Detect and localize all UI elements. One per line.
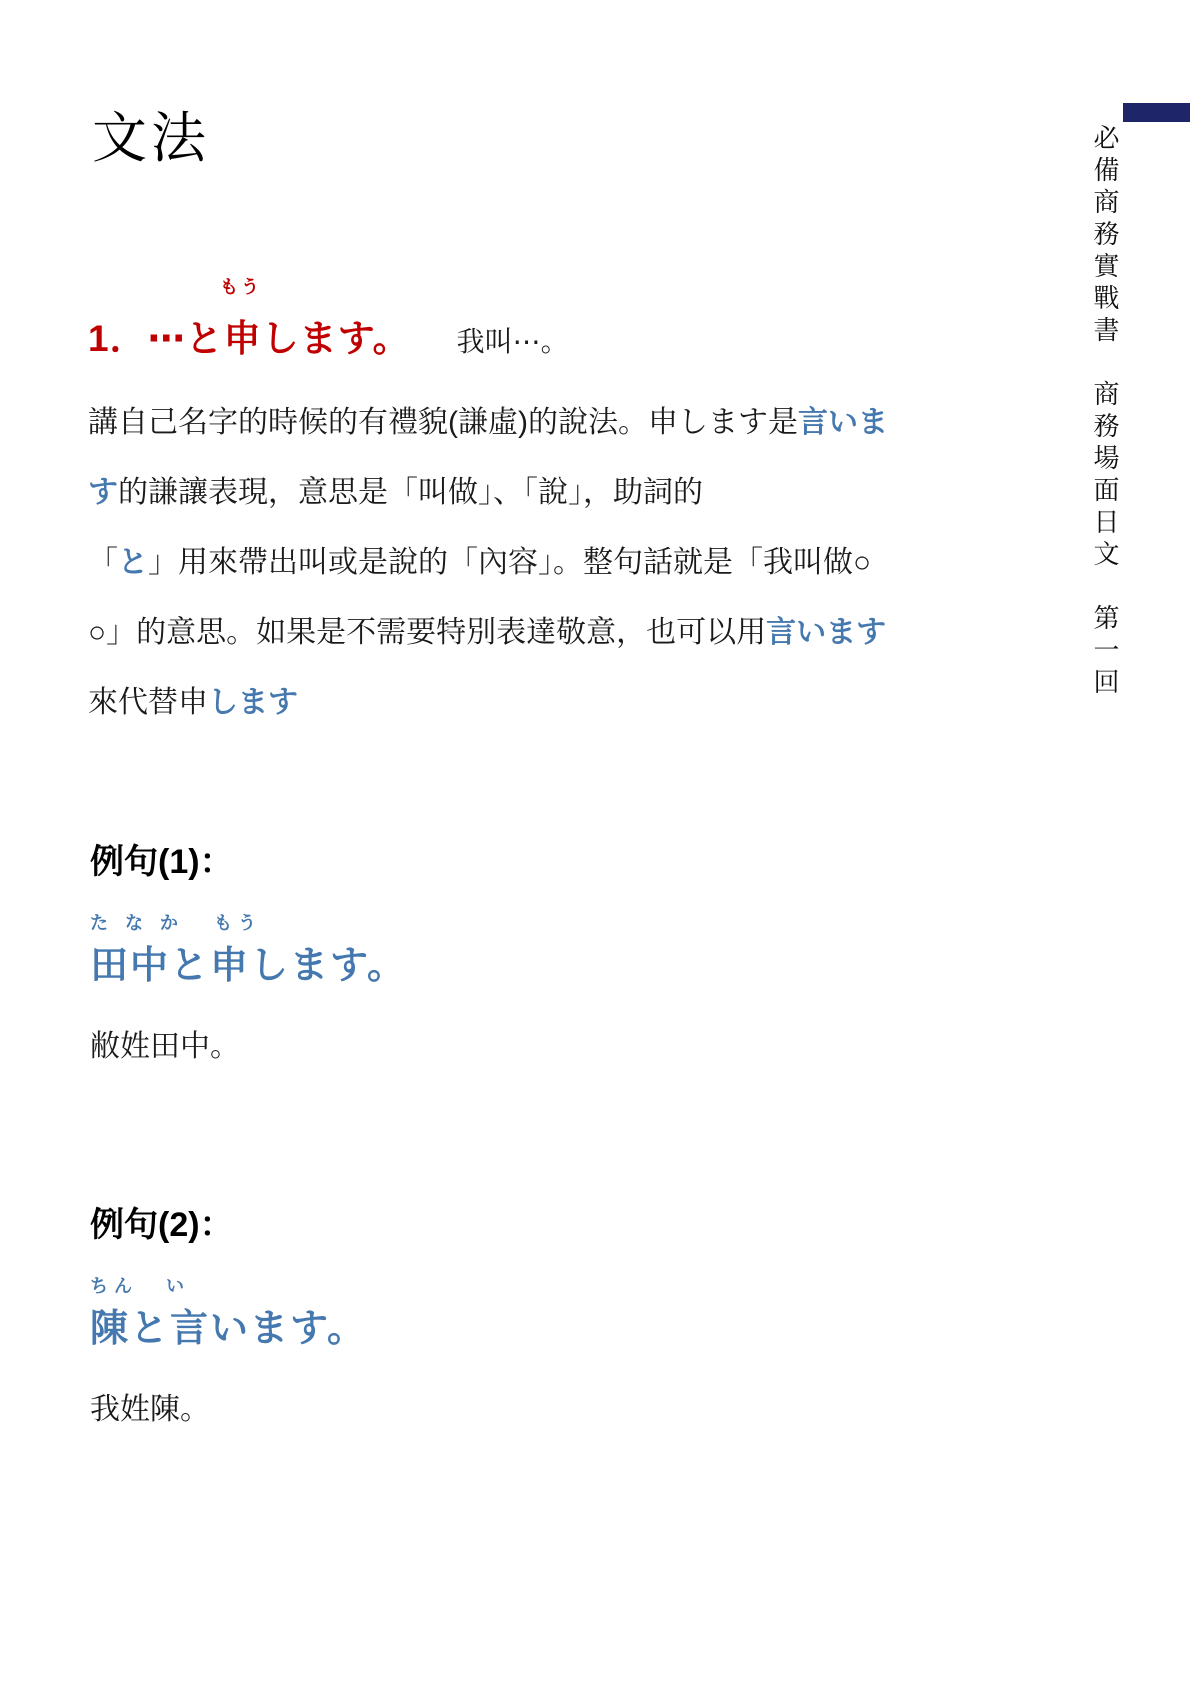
furigana-segment: ちん xyxy=(90,1276,138,1296)
body-text: ○」的意思。如果是不需要特別表達敬意，也可以用 xyxy=(88,616,766,649)
highlight-text: と xyxy=(118,546,148,579)
example-sentence-japanese: 田中と申します。 xyxy=(90,940,407,992)
body-text: 「 xyxy=(88,546,118,579)
paragraph-line-2: す的謙讓表現，意思是「叫做」、「說」，助詞的 xyxy=(88,458,888,528)
furigana-segment: もう xyxy=(214,913,262,933)
body-text: 來代替申 xyxy=(88,686,208,719)
textbook-page: 必備商務實戰書 商務場面日文 第一回 文法 もう 1．⋯と申します。 我叫⋯。 … xyxy=(0,0,1190,1683)
body-text: 」用來帶出叫或是說的「內容」。整句話就是「我叫做○ xyxy=(148,546,871,579)
highlight-text: します xyxy=(208,686,298,719)
example-translation-chinese: 敝姓田中。 xyxy=(90,1026,407,1068)
highlight-text: 言いま xyxy=(798,406,888,439)
corner-accent-bar xyxy=(1123,103,1190,122)
example-label: 例句(1)： xyxy=(90,840,407,884)
highlight-text: 言います xyxy=(766,616,886,649)
example-translation-chinese: 我姓陳。 xyxy=(90,1389,367,1431)
sidebar-vertical-caption: 必備商務實戰書 商務場面日文 第一回 xyxy=(1086,124,1123,724)
body-text: 的謙讓表現，意思是「叫做」、「說」，助詞的 xyxy=(118,476,703,509)
example-furigana: ちんい xyxy=(90,1275,367,1297)
example-label: 例句(2)： xyxy=(90,1203,367,1247)
paragraph-line-5: 來代替申します xyxy=(88,668,888,738)
heading-furigana: もう xyxy=(88,276,569,298)
example-sentence-japanese: 陳と言います。 xyxy=(90,1303,367,1355)
body-text: 講自己名字的時候的有禮貌(謙虛)的說法。申します是 xyxy=(88,406,798,439)
highlight-text: す xyxy=(88,476,118,509)
example-furigana: た な かもう xyxy=(90,912,407,934)
grammar-point-heading: もう 1．⋯と申します。 我叫⋯。 xyxy=(88,276,569,362)
paragraph-line-1: 講自己名字的時候的有禮貌(謙虛)的說法。申します是言いま xyxy=(88,388,888,458)
heading-row: 1．⋯と申します。 我叫⋯。 xyxy=(88,308,569,362)
explanation-paragraph: 講自己名字的時候的有禮貌(謙虛)的說法。申します是言います的謙讓表現，意思是「叫… xyxy=(88,388,888,738)
paragraph-line-3: 「と」用來帶出叫或是說的「內容」。整句話就是「我叫做○ xyxy=(88,528,888,598)
example-1-block: 例句(1)：た な かもう田中と申します。敝姓田中。 xyxy=(90,840,407,1068)
furigana-segment: た な か xyxy=(90,913,184,933)
grammar-pattern-japanese: 1．⋯と申します。 xyxy=(88,308,411,362)
grammar-pattern-chinese: 我叫⋯。 xyxy=(457,320,569,360)
example-2-block: 例句(2)：ちんい陳と言います。我姓陳。 xyxy=(90,1203,367,1431)
page-title: 文法 xyxy=(92,94,210,173)
paragraph-line-4: ○」的意思。如果是不需要特別表達敬意，也可以用言います xyxy=(88,598,888,668)
furigana-segment: い xyxy=(166,1276,190,1296)
